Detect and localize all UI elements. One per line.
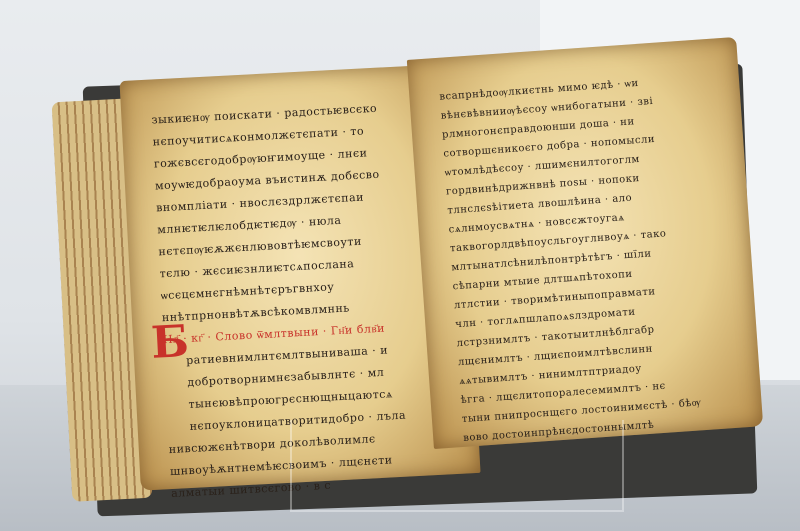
- illuminated-initial: Б: [150, 316, 190, 369]
- right-page-text: всапрнѣдоѹлкиєтнь мимо ѥдѣ · ѡи вѣнєвѣвн…: [439, 69, 739, 448]
- acrylic-display-stand: [290, 420, 624, 512]
- right-page: всапрнѣдоѹлкиєтнь мимо ѥдѣ · ѡи вѣнєвѣвн…: [407, 37, 763, 449]
